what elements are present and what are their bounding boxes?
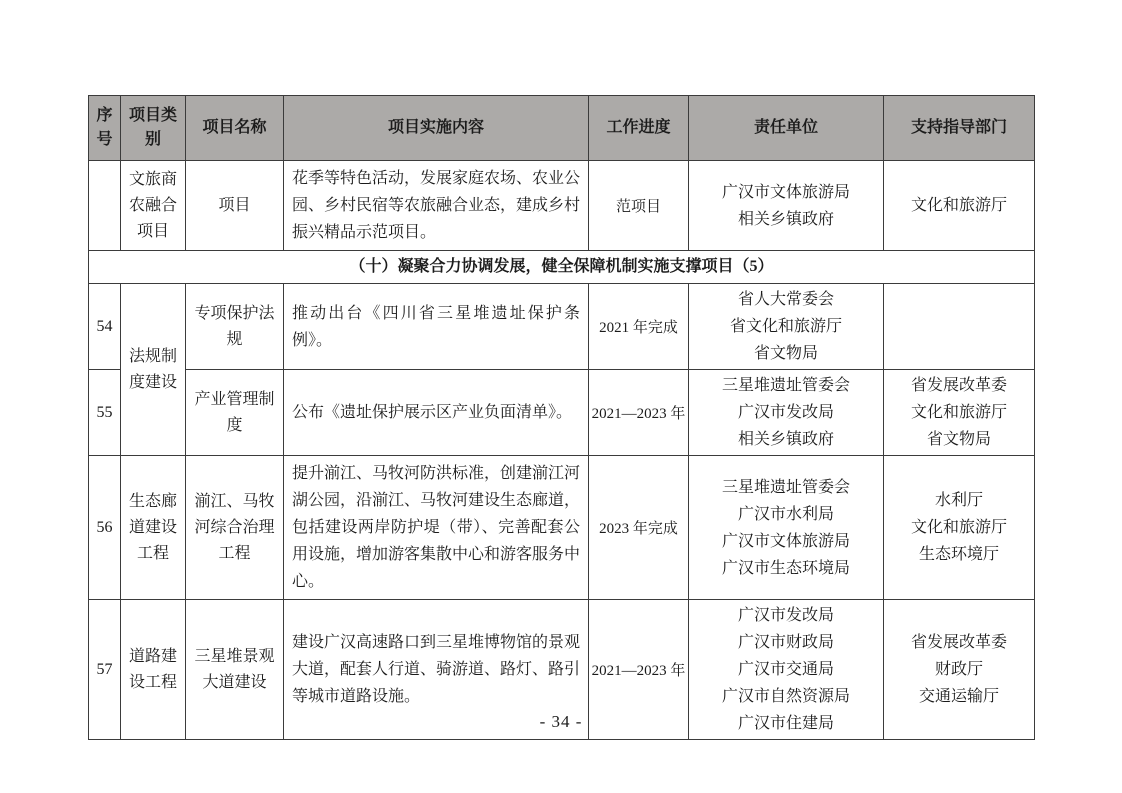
support-line: 生态环境厅 [886, 541, 1032, 568]
seq-cell: 55 [89, 370, 121, 456]
category-cell: 文旅商农融合项目 [121, 161, 186, 251]
content-cell: 推动出台《四川省三星堆遗址保护条例》。 [284, 284, 589, 370]
table-row-continuation: 文旅商农融合项目 项目 花季等特色活动，发展家庭农场、农业公园、乡村民宿等农旅融… [89, 161, 1035, 251]
responsible-line: 广汉市发改局 [691, 399, 881, 426]
support-line: 财政厅 [886, 656, 1032, 683]
responsible-line: 三星堆遗址管委会 [691, 372, 881, 399]
responsible-line: 广汉市交通局 [691, 656, 881, 683]
header-responsible: 责任单位 [689, 96, 884, 161]
table-row-55: 55 产业管理制度 公布《遗址保护展示区产业负面清单》。 2021—2023 年… [89, 370, 1035, 456]
header-content: 项目实施内容 [284, 96, 589, 161]
content-cell: 公布《遗址保护展示区产业负面清单》。 [284, 370, 589, 456]
name-cell: 湔江、马牧河综合治理工程 [186, 456, 284, 600]
document-page: 序号 项目类别 项目名称 项目实施内容 工作进度 责任单位 支持指导部门 文旅商… [0, 0, 1122, 793]
section-header-row: （十）凝聚合力协调发展，健全保障机制实施支撑项目（5） [89, 251, 1035, 284]
header-seq: 序号 [89, 96, 121, 161]
progress-cell: 2021 年完成 [589, 284, 689, 370]
support-line: 省发展改革委 [886, 372, 1032, 399]
name-cell: 产业管理制度 [186, 370, 284, 456]
responsible-line: 省文物局 [691, 340, 881, 367]
support-line: 文化和旅游厅 [886, 514, 1032, 541]
content-cell: 提升湔江、马牧河防洪标准，创建湔江河湖公园，沿湔江、马牧河建设生态廊道，包括建设… [284, 456, 589, 600]
support-cell-empty [884, 284, 1035, 370]
category-cell: 生态廊道建设工程 [121, 456, 186, 600]
responsible-line: 广汉市水利局 [691, 501, 881, 528]
support-cell: 文化和旅游厅 [884, 161, 1035, 251]
table-row-56: 56 生态廊道建设工程 湔江、马牧河综合治理工程 提升湔江、马牧河防洪标准，创建… [89, 456, 1035, 600]
responsible-line: 广汉市文体旅游局 [691, 179, 881, 206]
support-cell: 省发展改革委 文化和旅游厅 省文物局 [884, 370, 1035, 456]
responsible-line: 三星堆遗址管委会 [691, 474, 881, 501]
category-cell-merged: 法规制度建设 [121, 284, 186, 456]
support-cell: 水利厅 文化和旅游厅 生态环境厅 [884, 456, 1035, 600]
project-table: 序号 项目类别 项目名称 项目实施内容 工作进度 责任单位 支持指导部门 文旅商… [88, 95, 1035, 740]
header-support: 支持指导部门 [884, 96, 1035, 161]
responsible-line: 广汉市自然资源局 [691, 683, 881, 710]
page-number: - 34 - [0, 712, 1122, 732]
name-cell: 专项保护法规 [186, 284, 284, 370]
responsible-line: 广汉市文体旅游局 [691, 528, 881, 555]
header-category: 项目类别 [121, 96, 186, 161]
seq-cell: 54 [89, 284, 121, 370]
name-cell: 项目 [186, 161, 284, 251]
seq-cell [89, 161, 121, 251]
responsible-line: 省文化和旅游厅 [691, 313, 881, 340]
support-line: 文化和旅游厅 [886, 192, 1032, 219]
progress-cell: 范项目 [589, 161, 689, 251]
support-line: 文化和旅游厅 [886, 399, 1032, 426]
responsible-line: 相关乡镇政府 [691, 206, 881, 233]
responsible-line: 广汉市生态环境局 [691, 555, 881, 582]
header-progress: 工作进度 [589, 96, 689, 161]
seq-cell: 56 [89, 456, 121, 600]
content-cell: 花季等特色活动，发展家庭农场、农业公园、乡村民宿等农旅融合业态，建成乡村振兴精品… [284, 161, 589, 251]
responsible-cell: 广汉市文体旅游局 相关乡镇政府 [689, 161, 884, 251]
responsible-cell: 三星堆遗址管委会 广汉市水利局 广汉市文体旅游局 广汉市生态环境局 [689, 456, 884, 600]
responsible-line: 广汉市财政局 [691, 629, 881, 656]
responsible-cell: 省人大常委会 省文化和旅游厅 省文物局 [689, 284, 884, 370]
responsible-line: 广汉市发改局 [691, 602, 881, 629]
responsible-line: 相关乡镇政府 [691, 426, 881, 453]
section-header-cell: （十）凝聚合力协调发展，健全保障机制实施支撑项目（5） [89, 251, 1035, 284]
support-line: 省文物局 [886, 426, 1032, 453]
table-header-row: 序号 项目类别 项目名称 项目实施内容 工作进度 责任单位 支持指导部门 [89, 96, 1035, 161]
progress-cell: 2021—2023 年 [589, 370, 689, 456]
support-line: 水利厅 [886, 487, 1032, 514]
responsible-cell: 三星堆遗址管委会 广汉市发改局 相关乡镇政府 [689, 370, 884, 456]
support-line: 省发展改革委 [886, 629, 1032, 656]
table-row-54: 54 法规制度建设 专项保护法规 推动出台《四川省三星堆遗址保护条例》。 202… [89, 284, 1035, 370]
support-line: 交通运输厅 [886, 683, 1032, 710]
progress-cell: 2023 年完成 [589, 456, 689, 600]
responsible-line: 省人大常委会 [691, 286, 881, 313]
header-name: 项目名称 [186, 96, 284, 161]
